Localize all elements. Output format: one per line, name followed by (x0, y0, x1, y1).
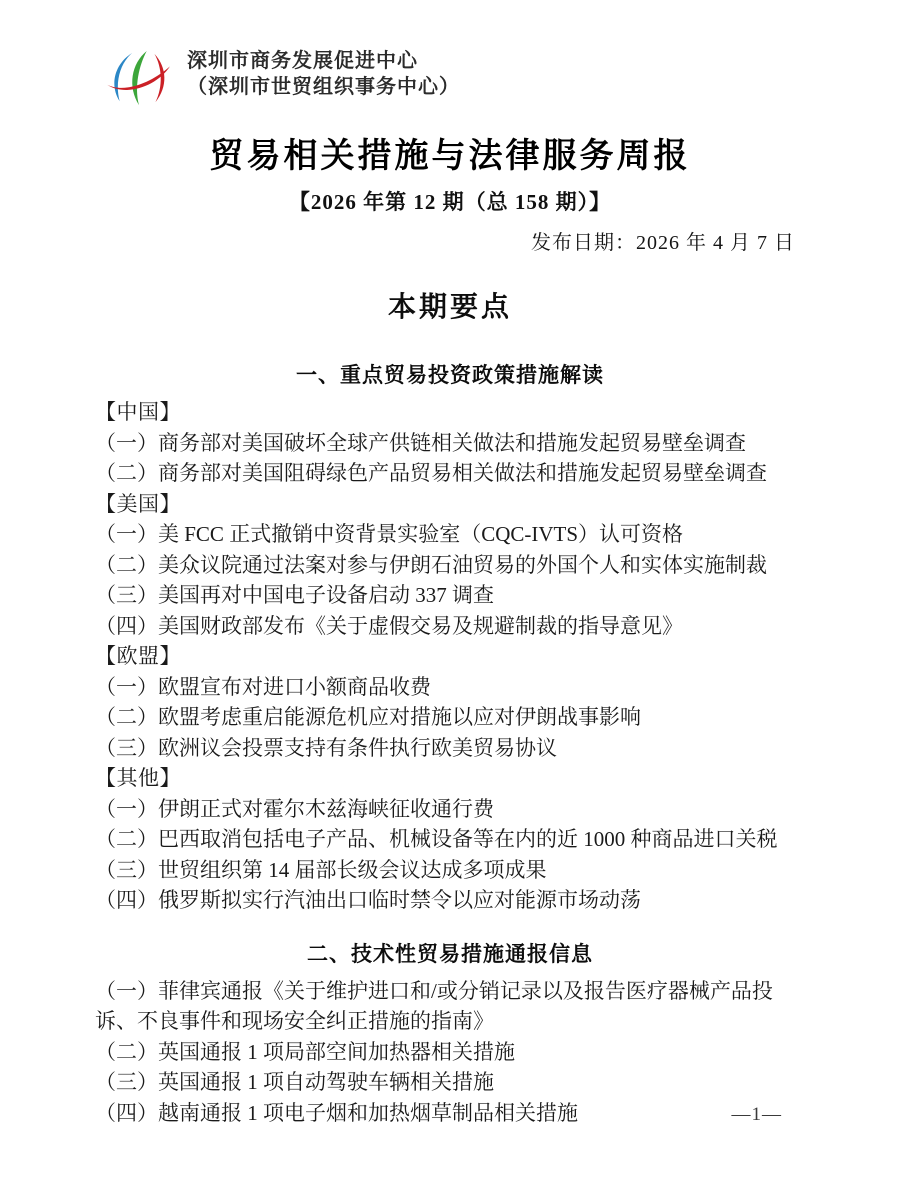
toc-item: （三）美国再对中国电子设备启动 337 调查 (95, 580, 805, 611)
org-name: 深圳市商务发展促进中心 （深圳市世贸组织事务中心） (187, 48, 460, 100)
section-tbt-notifications: 二、技术性贸易措施通报信息 （一）菲律宾通报《关于维护进口和/或分销记录以及报告… (95, 938, 805, 1129)
toc-item: （四）俄罗斯拟实行汽油出口临时禁令以应对能源市场动荡 (95, 885, 805, 916)
toc-item: （一）欧盟宣布对进口小额商品收费 (95, 672, 805, 703)
digest-title: 本期要点 (95, 285, 805, 325)
toc-item: （二）巴西取消包括电子产品、机械设备等在内的近 1000 种商品进口关税 (95, 824, 805, 855)
toc-item: （一）菲律宾通报《关于维护进口和/或分销记录以及报告医疗器械产品投诉、不良事件和… (95, 976, 805, 1037)
toc-item: （二）商务部对美国阻碍绿色产品贸易相关做法和措施发起贸易壁垒调查 (95, 458, 805, 489)
report-title: 贸易相关措施与法律服务周报 (95, 128, 805, 177)
toc-item: （三）世贸组织第 14 届部长级会议达成多项成果 (95, 855, 805, 886)
toc-item: （二）英国通报 1 项局部空间加热器相关措施 (95, 1037, 805, 1068)
toc-item: （四）美国财政部发布《关于虚假交易及规避制裁的指导意见》 (95, 611, 805, 642)
group-label-usa: 【美国】 (95, 489, 805, 520)
publish-date: 发布日期：2026 年 4 月 7 日 (95, 226, 805, 255)
globe-swoosh-logo-icon (107, 50, 171, 108)
document-page: 深圳市商务发展促进中心 （深圳市世贸组织事务中心） 贸易相关措施与法律服务周报 … (0, 0, 900, 1190)
section-policy-measures: 一、重点贸易投资政策措施解读 【中国】 （一）商务部对美国破坏全球产供链相关做法… (95, 359, 805, 916)
toc-item: （二）美众议院通过法案对参与伊朗石油贸易的外国个人和实体实施制裁 (95, 550, 805, 581)
issue-line: 【2026 年第 12 期（总 158 期）】 (95, 186, 805, 216)
toc-item: （一）商务部对美国破坏全球产供链相关做法和措施发起贸易壁垒调查 (95, 428, 805, 459)
page-number: —1— (732, 1104, 783, 1126)
group-label-other: 【其他】 (95, 763, 805, 794)
toc-item: （三）欧洲议会投票支持有条件执行欧美贸易协议 (95, 733, 805, 764)
org-header: 深圳市商务发展促进中心 （深圳市世贸组织事务中心） (107, 48, 805, 108)
toc-item: （三）英国通报 1 项自动驾驶车辆相关措施 (95, 1067, 805, 1098)
toc-item: （一）美 FCC 正式撤销中资背景实验室（CQC-IVTS）认可资格 (95, 519, 805, 550)
org-name-secondary: （深圳市世贸组织事务中心） (187, 74, 460, 100)
org-name-primary: 深圳市商务发展促进中心 (187, 48, 460, 74)
group-label-china: 【中国】 (95, 397, 805, 428)
toc-item: （二）欧盟考虑重启能源危机应对措施以应对伊朗战事影响 (95, 702, 805, 733)
section-1-heading: 一、重点贸易投资政策措施解读 (95, 359, 805, 389)
group-label-eu: 【欧盟】 (95, 641, 805, 672)
toc-item: （一）伊朗正式对霍尔木兹海峡征收通行费 (95, 794, 805, 825)
toc-item: （四）越南通报 1 项电子烟和加热烟草制品相关措施 (95, 1098, 805, 1129)
section-2-heading: 二、技术性贸易措施通报信息 (95, 938, 805, 968)
